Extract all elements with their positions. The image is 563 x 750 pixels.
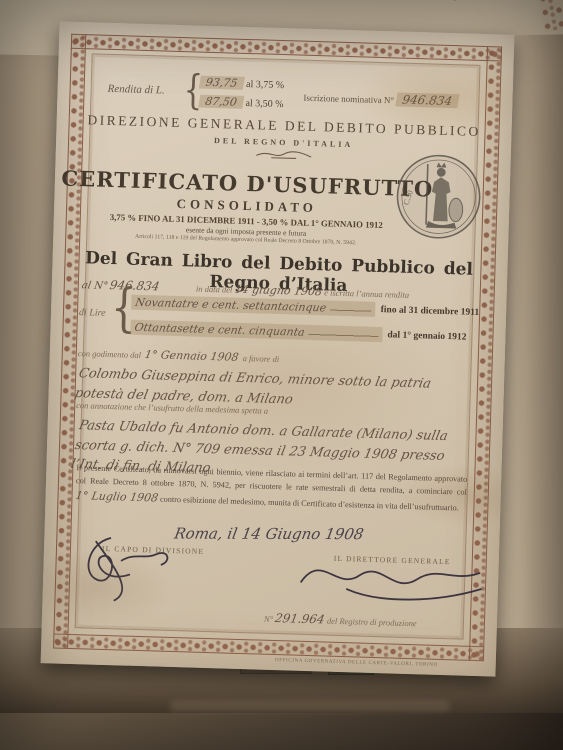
godimento-mid: a favore di [243, 353, 280, 364]
registration-date-label: in data del [196, 284, 233, 295]
flourish-divider [254, 148, 314, 162]
annotation-lead: con annotazione che l’usufrutto della me… [76, 400, 268, 416]
leader-line [330, 305, 372, 313]
registration-tail: è iscritta l’annua rendita [324, 287, 409, 300]
printer-imprint: OFFICINA GOVERNATIVA DELLE CARTE-VALORI,… [275, 658, 438, 668]
revenue-seal-italia: C.50 [393, 151, 484, 242]
registro-label: N° [264, 614, 273, 624]
rendita-rate-2: al 3,50 % [245, 98, 283, 110]
rendita-label: Rendita di L. [107, 83, 164, 97]
registro-number: 291.964 [274, 611, 326, 626]
left-signature [70, 527, 222, 606]
background-border-fragment-right [538, 0, 563, 32]
amounts-label: di Lire [79, 307, 106, 319]
rendita-rate-1: al 3,75 % [246, 79, 284, 91]
legal-start-date: 1° Luglio 1908 [74, 488, 159, 507]
amount-validity-1: fino al 31 dicembre 1911 [381, 305, 480, 318]
right-signature [292, 544, 489, 615]
rendita-value-2: 87,50 [198, 95, 244, 109]
registration-al-label: al N° [81, 280, 109, 292]
iscrizione-number: 946.834 [395, 92, 459, 108]
iscrizione-label: Iscrizione nominativa N° [303, 93, 394, 106]
godimento-lead: con godimento dal [78, 348, 142, 360]
registro-suffix: del Registro di produzione [327, 616, 417, 629]
photo-of-certificate: lbolo 20,00 60 Rendita di L. { 93,75 al … [0, 0, 563, 750]
rendita-value-1: 93,75 [199, 76, 245, 90]
godimento-date: 1° Gennaio 1908 [144, 347, 240, 366]
certificate-document: Rendita di L. { 93,75 al 3,75 % 87,50 al… [41, 21, 515, 676]
leader-line [309, 329, 379, 338]
registration-date: 14 giugno 1908 [233, 283, 323, 299]
amount-validity-2: dal 1° gennaio 1912 [387, 330, 466, 342]
background-handwriting: lbolo 20,00 [452, 0, 517, 6]
light-glare [170, 700, 450, 712]
